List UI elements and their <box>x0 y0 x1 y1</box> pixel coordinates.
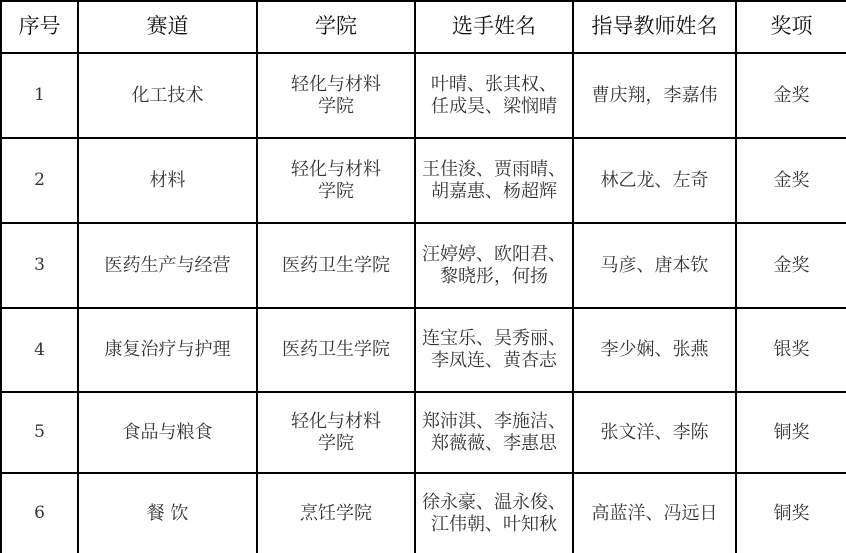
table-row: 2 材料 轻化与材料学院 王佳浚、贾雨晴、胡嘉惠、杨超辉 林乙龙、左奇 金奖 <box>1 138 846 223</box>
cell-college: 医药卫生学院 <box>257 223 415 308</box>
cell-track: 化工技术 <box>78 53 257 138</box>
cell-no: 5 <box>1 392 78 473</box>
cell-no: 2 <box>1 138 78 223</box>
cell-award: 银奖 <box>736 308 846 392</box>
cell-no: 6 <box>1 473 78 553</box>
cell-no: 4 <box>1 308 78 392</box>
cell-college: 烹饪学院 <box>257 473 415 553</box>
cell-students: 叶晴、张其权、任成昊、梁悯晴 <box>415 53 573 138</box>
cell-no: 3 <box>1 223 78 308</box>
cell-award: 金奖 <box>736 53 846 138</box>
header-students: 选手姓名 <box>415 1 573 53</box>
header-teachers: 指导教师姓名 <box>573 1 736 53</box>
cell-track: 材料 <box>78 138 257 223</box>
cell-students: 郑沛淇、李施洁、郑薇薇、李惠思 <box>415 392 573 473</box>
cell-college: 轻化与材料学院 <box>257 392 415 473</box>
awards-table: 序号 赛道 学院 选手姓名 指导教师姓名 奖项 1 化工技术 轻化与材料学院 叶… <box>0 0 846 553</box>
cell-award: 金奖 <box>736 138 846 223</box>
header-award: 奖项 <box>736 1 846 53</box>
cell-track: 食品与粮食 <box>78 392 257 473</box>
table-row: 5 食品与粮食 轻化与材料学院 郑沛淇、李施洁、郑薇薇、李惠思 张文洋、李陈 铜… <box>1 392 846 473</box>
header-college: 学院 <box>257 1 415 53</box>
cell-students: 王佳浚、贾雨晴、胡嘉惠、杨超辉 <box>415 138 573 223</box>
table-row: 3 医药生产与经营 医药卫生学院 汪婷婷、欧阳君、黎晓彤，何扬 马彦、唐本钦 金… <box>1 223 846 308</box>
cell-teachers: 林乙龙、左奇 <box>573 138 736 223</box>
cell-track: 康复治疗与护理 <box>78 308 257 392</box>
cell-no: 1 <box>1 53 78 138</box>
cell-teachers: 张文洋、李陈 <box>573 392 736 473</box>
cell-college: 轻化与材料学院 <box>257 53 415 138</box>
cell-college: 医药卫生学院 <box>257 308 415 392</box>
cell-track: 餐 饮 <box>78 473 257 553</box>
cell-students: 徐永豪、温永俊、江伟朝、叶知秋 <box>415 473 573 553</box>
cell-teachers: 李少娴、张燕 <box>573 308 736 392</box>
cell-students: 汪婷婷、欧阳君、黎晓彤，何扬 <box>415 223 573 308</box>
cell-students: 连宝乐、吴秀丽、李凤连、黄杏志 <box>415 308 573 392</box>
cell-award: 铜奖 <box>736 473 846 553</box>
cell-track: 医药生产与经营 <box>78 223 257 308</box>
cell-award: 金奖 <box>736 223 846 308</box>
table-row: 4 康复治疗与护理 医药卫生学院 连宝乐、吴秀丽、李凤连、黄杏志 李少娴、张燕 … <box>1 308 846 392</box>
header-row: 序号 赛道 学院 选手姓名 指导教师姓名 奖项 <box>1 1 846 53</box>
table-row: 6 餐 饮 烹饪学院 徐永豪、温永俊、江伟朝、叶知秋 高蓝洋、冯远日 铜奖 <box>1 473 846 553</box>
cell-award: 铜奖 <box>736 392 846 473</box>
cell-teachers: 高蓝洋、冯远日 <box>573 473 736 553</box>
table-row: 1 化工技术 轻化与材料学院 叶晴、张其权、任成昊、梁悯晴 曹庆翔，李嘉伟 金奖 <box>1 53 846 138</box>
header-track: 赛道 <box>78 1 257 53</box>
cell-teachers: 曹庆翔，李嘉伟 <box>573 53 736 138</box>
cell-teachers: 马彦、唐本钦 <box>573 223 736 308</box>
header-no: 序号 <box>1 1 78 53</box>
cell-college: 轻化与材料学院 <box>257 138 415 223</box>
